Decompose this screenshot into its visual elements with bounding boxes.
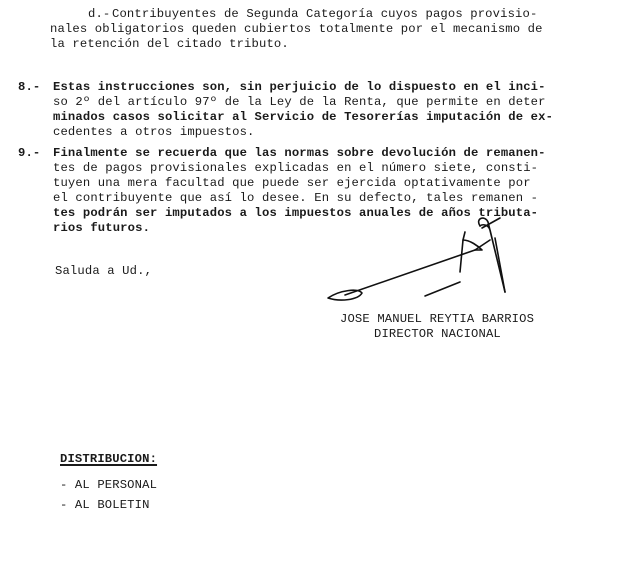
item-8-number: 8.- bbox=[18, 80, 40, 95]
distribution-item-personal: - AL PERSONAL bbox=[60, 478, 157, 493]
distribution-heading: DISTRIBUCION: bbox=[60, 452, 157, 467]
item-d-line-2: nales obligatorios queden cubiertos tota… bbox=[50, 22, 543, 37]
item-9-line-3: tuyen una mera facultad que puede ser ej… bbox=[53, 176, 531, 191]
item-9-line-4: el contribuyente que así lo desee. En su… bbox=[53, 191, 538, 206]
item-d-line-3: la retención del citado tributo. bbox=[50, 37, 289, 52]
item-d-label: d.- bbox=[88, 7, 110, 22]
item-8-line-4: cedentes a otros impuestos. bbox=[53, 125, 255, 140]
item-9-line-6: rios futuros. bbox=[53, 221, 150, 236]
signatory-name: JOSE MANUEL REYTIA BARRIOS bbox=[340, 312, 534, 327]
item-9-line-2: tes de pagos provisionales explicadas en… bbox=[53, 161, 538, 176]
item-9-number: 9.- bbox=[18, 146, 40, 161]
item-8-line-3: minados casos solicitar al Servicio de T… bbox=[53, 110, 553, 125]
closing-salutation: Saluda a Ud., bbox=[55, 264, 152, 279]
signatory-title: DIRECTOR NACIONAL bbox=[374, 327, 501, 342]
item-8-line-2: so 2º del artículo 97º de la Ley de la R… bbox=[53, 95, 546, 110]
handwritten-signature-icon bbox=[300, 210, 600, 320]
distribution-item-boletin: - AL BOLETIN bbox=[60, 498, 150, 513]
item-8-line-1: Estas instrucciones son, sin perjuicio d… bbox=[53, 80, 546, 95]
item-9-line-1: Finalmente se recuerda que las normas so… bbox=[53, 146, 546, 161]
item-d-line-1: Contribuyentes de Segunda Categoría cuyo… bbox=[112, 7, 537, 22]
